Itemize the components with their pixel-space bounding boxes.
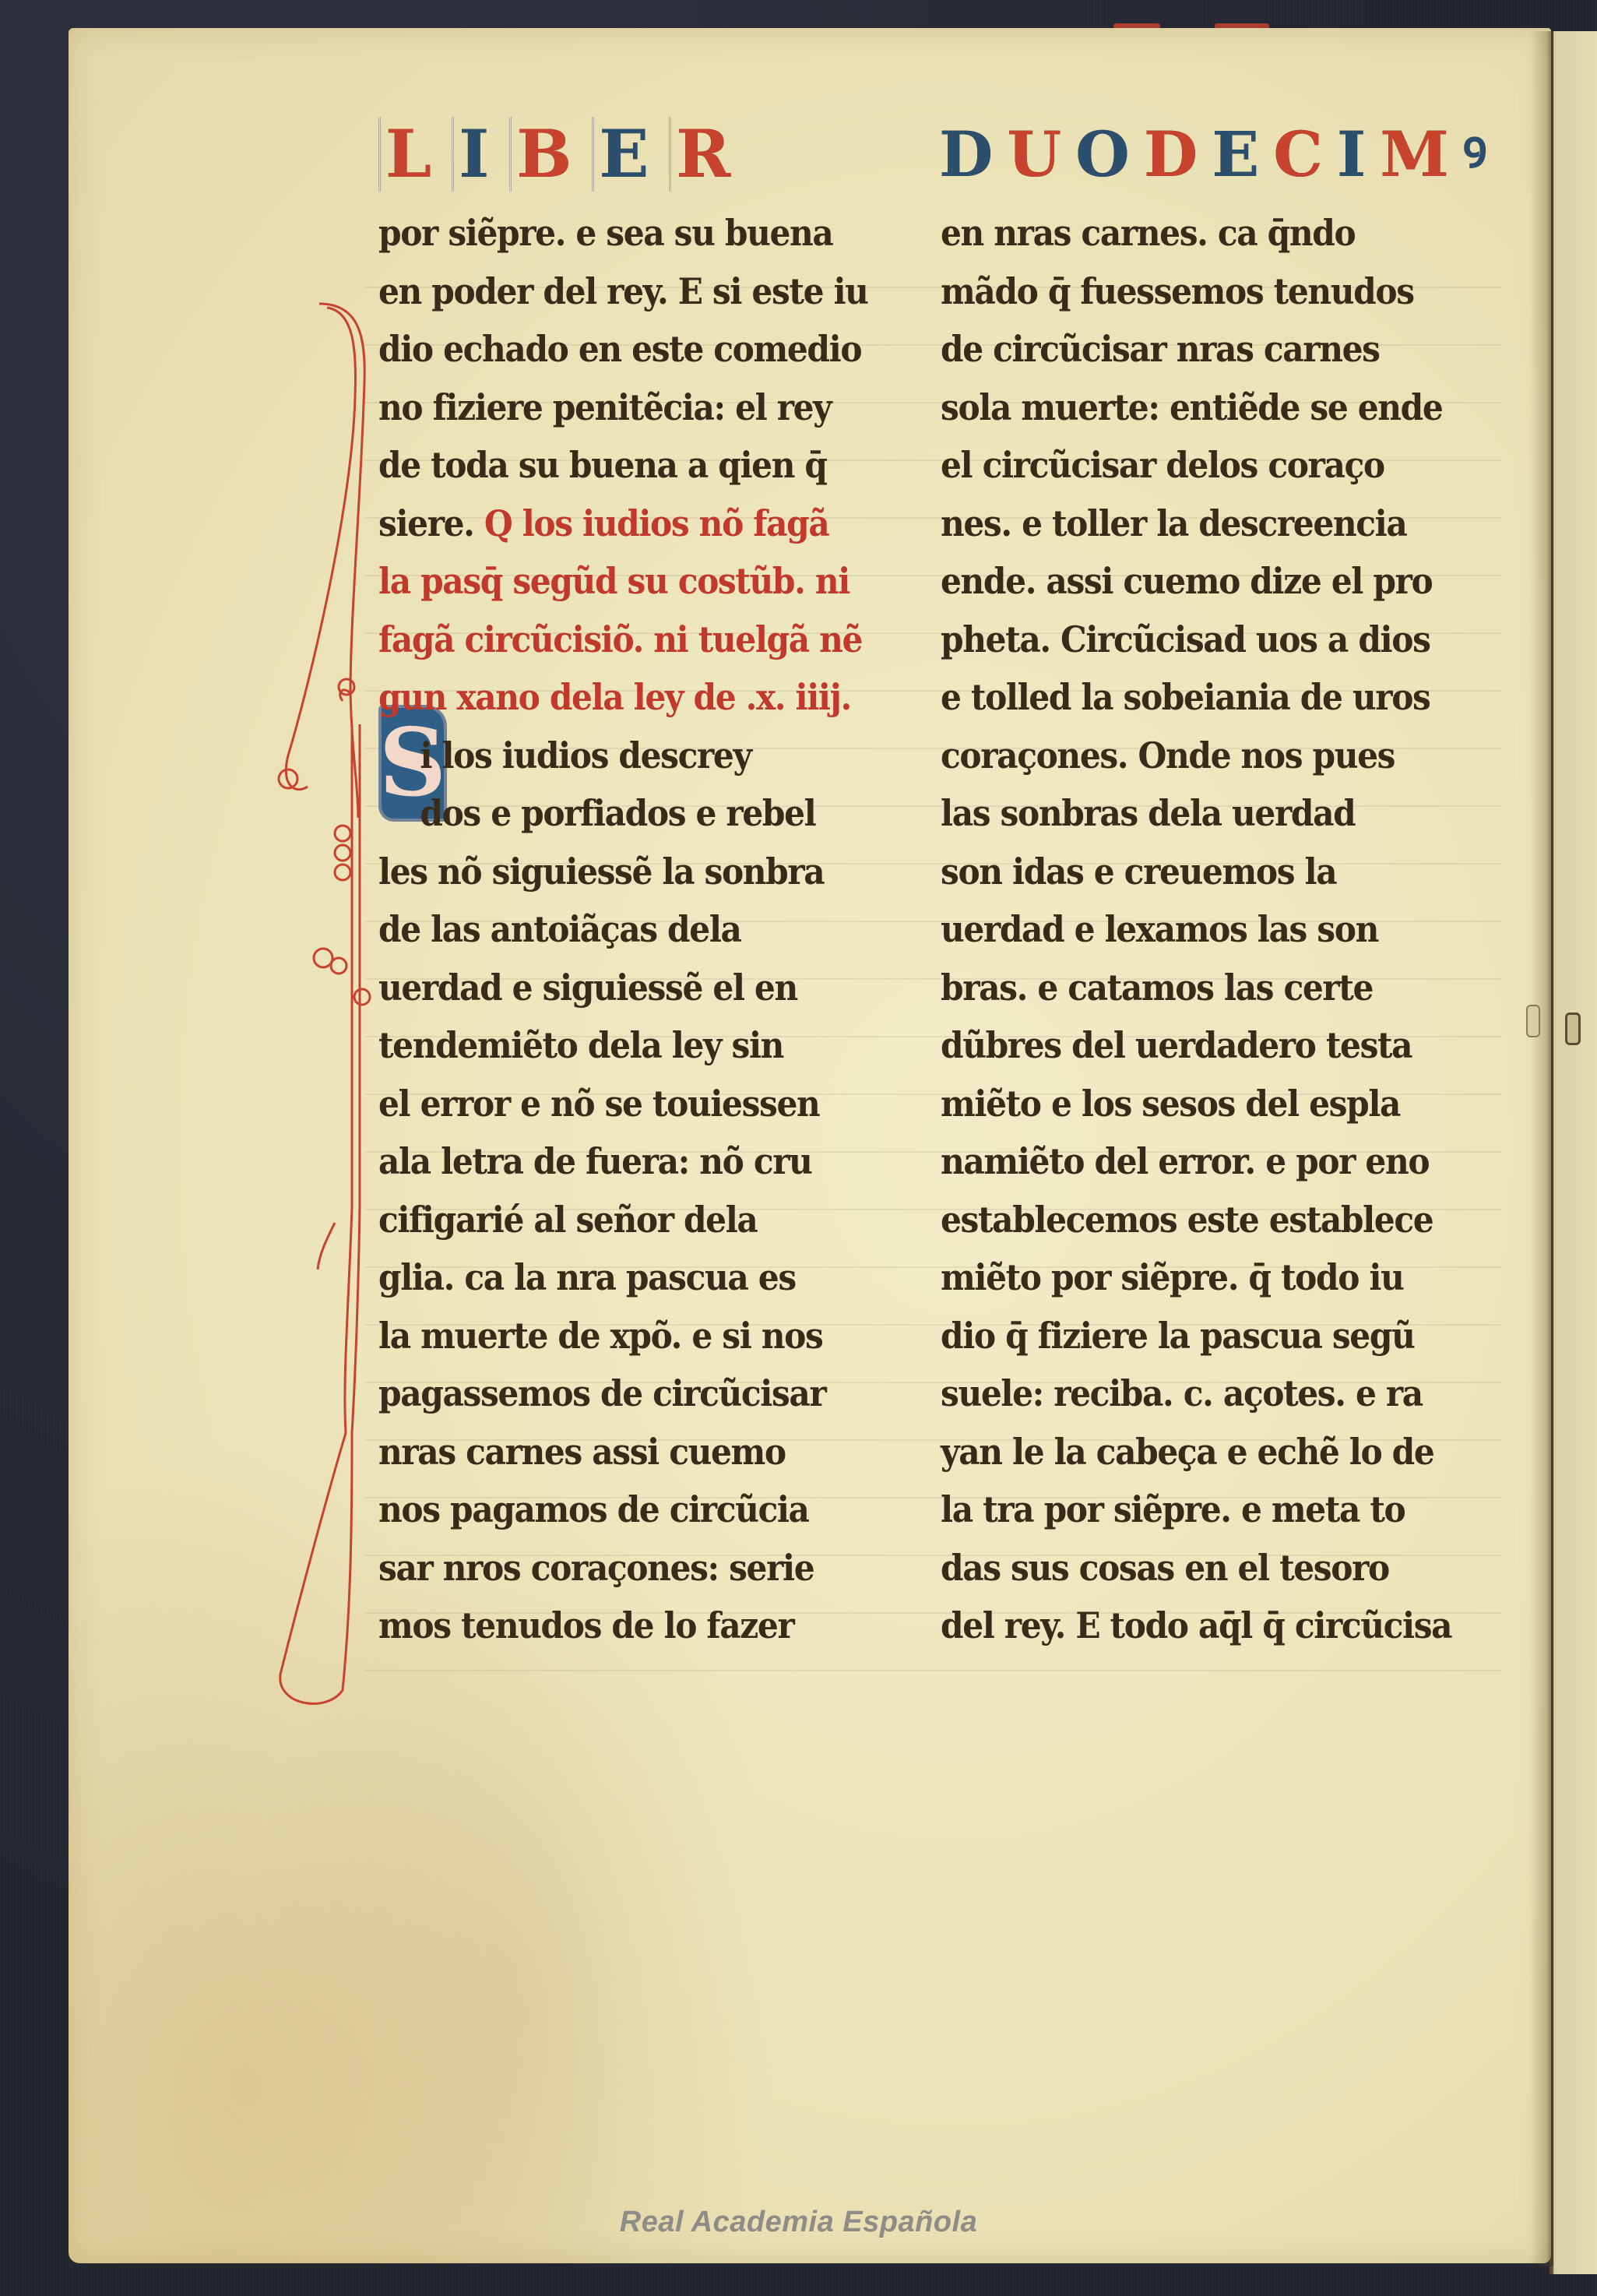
text-line: de las antoiãças dela (378, 900, 837, 959)
text-line: de circũcisar nras carnes (941, 320, 1399, 379)
text-line: en poder del rey. E si este iu (378, 262, 837, 321)
title-letter: E (592, 117, 655, 192)
text-line: uerdad e siguiessẽ el en (378, 959, 837, 1017)
title-letter: L (378, 117, 438, 192)
pen-flourish-ornament (265, 288, 389, 1721)
text-line: por siẽpre. e sea su buena (378, 204, 837, 262)
rubric-heading: Q los iudios nõ fagã (484, 502, 829, 544)
text-line: sar nros coraçones: serie (378, 1539, 837, 1597)
text-line: glia. ca la nra pascua es (378, 1248, 837, 1307)
title-letter: ꝰ (1458, 117, 1493, 192)
text-line: las sonbras dela uerdad (941, 784, 1399, 843)
text-line: no fiziere penitẽcia: el rey (378, 379, 837, 437)
text-line: establecemos este establece (941, 1191, 1399, 1249)
adjacent-leaf-edge (1550, 31, 1597, 2274)
title-letter: C (1268, 117, 1329, 192)
text-line: nras carnes assi cuemo (378, 1423, 837, 1481)
text-line: el error e nõ se touiessen (378, 1075, 837, 1133)
title-letter: E (1207, 117, 1265, 192)
text-line: el circũcisar delos coraço (941, 436, 1399, 495)
rubric-line: fagã circũcisiõ. ni tuelgã nẽ (378, 611, 837, 669)
text-line: mãdo q̄ fuessemos tenudos (941, 262, 1399, 321)
text-fragment: siere. (378, 502, 474, 544)
text-line: les nõ siguiessẽ la sonbra (378, 843, 837, 901)
text-line-with-rubric: siere. Q los iudios nõ fagã (378, 495, 837, 553)
text-line: dos e porfiados e rebel (378, 784, 837, 843)
text-line: suele: reciba. c. açotes. e ra (941, 1365, 1399, 1423)
text-line: de toda su buena a qien q̄ (378, 436, 837, 495)
watermark-credit: Real Academia Española (0, 2206, 1597, 2239)
text-line: ende. assi cuemo dize el pro (941, 552, 1399, 611)
text-line: i los iudios descrey (378, 727, 837, 785)
title-letter: I (1332, 117, 1372, 192)
title-letter: D (1139, 117, 1204, 192)
title-letter: B (509, 117, 578, 192)
text-line: uerdad e lexamos las son (941, 900, 1399, 959)
text-line: coraçones. Onde nos pues (941, 727, 1399, 785)
text-column-right: en nras carnes. ca q̄ndo mãdo q̄ fuessem… (941, 204, 1439, 1655)
title-letter: D (934, 117, 999, 192)
text-line: la muerte de xpõ. e si nos (378, 1307, 837, 1365)
text-line: dio q̄ fiziere la pascua segũ (941, 1307, 1399, 1365)
text-line: dio echado en este comedio (378, 320, 837, 379)
text-line: pheta. Circũcisad uos a dios (941, 611, 1399, 669)
text-line: cifigarié al señor dela (378, 1191, 837, 1249)
text-line: pagassemos de circũcisar (378, 1365, 837, 1423)
running-title-liber: L I B E R (378, 117, 737, 192)
text-line: ala letra de fuera: nõ cru (378, 1132, 837, 1191)
text-column-left: por siẽpre. e sea su buena en poder del … (378, 204, 877, 1655)
title-letter: I (452, 117, 495, 192)
text-line: bras. e catamos las certe (941, 959, 1399, 1017)
rubric-line: la pasq̄ segũd su costũb. ni (378, 552, 837, 611)
text-line: del rey. E todo aq̄l q̄ circũcisa (941, 1597, 1399, 1655)
rubric-line: gun xano dela ley de .x. iiij. (378, 668, 837, 727)
binding-stub (1526, 1005, 1540, 1037)
gutter-shadow (1530, 31, 1553, 2266)
title-letter: U (1002, 117, 1068, 192)
title-letter: M (1375, 117, 1455, 192)
title-letter: O (1071, 117, 1136, 192)
text-line: e tolled la sobeiania de uros (941, 668, 1399, 727)
text-line: namiẽto del error. e por eno (941, 1132, 1399, 1191)
text-line: nos pagamos de circũcia (378, 1481, 837, 1539)
text-line: miẽto e los sesos del espla (941, 1075, 1399, 1133)
text-line: la tra por siẽpre. e meta to (941, 1481, 1399, 1539)
text-line: en nras carnes. ca q̄ndo (941, 204, 1399, 262)
title-letter: R (669, 117, 737, 192)
text-line: son idas e creuemos la (941, 843, 1399, 901)
text-line: yan le la cabeça e echẽ lo de (941, 1423, 1399, 1481)
text-line: sola muerte: entiẽde se ende (941, 379, 1399, 437)
text-line: das sus cosas en el tesoro (941, 1539, 1399, 1597)
running-title-duodecimus: D U O D E C I M ꝰ (934, 117, 1493, 192)
text-line: dũbres del uerdadero testa (941, 1016, 1399, 1075)
binding-stub (1565, 1012, 1581, 1045)
text-line: tendemiẽto dela ley sin (378, 1016, 837, 1075)
text-line: mos tenudos de lo fazer (378, 1597, 837, 1655)
text-line: miẽto por siẽpre. q̄ todo iu (941, 1248, 1399, 1307)
text-line: nes. e toller la descreencia (941, 495, 1399, 553)
